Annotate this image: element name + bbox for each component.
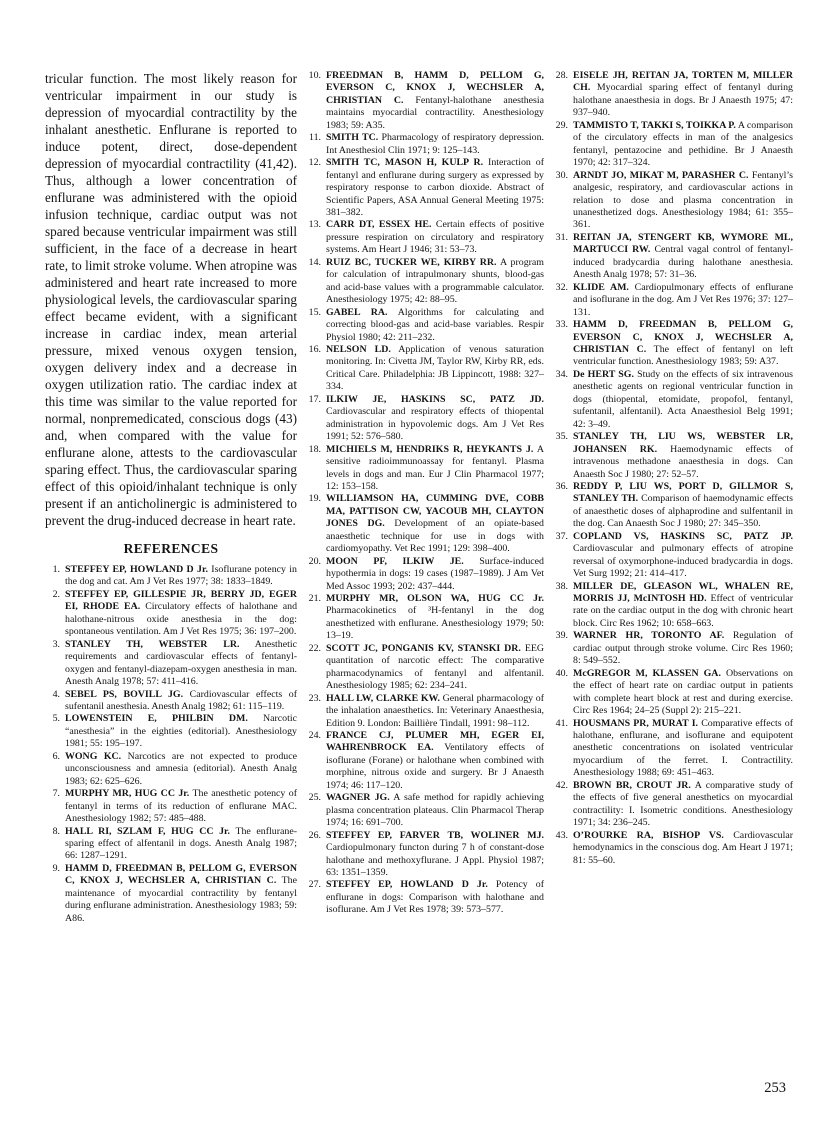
reference-number: 4. (45, 689, 60, 701)
reference-number: 9. (45, 863, 60, 875)
reference-item: 18.MICHIELS M, HENDRIKS R, HEYKANTS J. A… (306, 444, 544, 494)
reference-number: 39. (553, 630, 568, 642)
reference-item: 43.O’ROURKE RA, BISHOP VS. Cardiovascula… (553, 830, 793, 867)
reference-authors: NELSON LD. (326, 344, 391, 355)
reference-number: 11. (306, 132, 321, 144)
reference-item: 4.SEBEL PS, BOVILL JG. Cardiovascular ef… (45, 689, 297, 714)
page-number: 253 (764, 1080, 786, 1097)
reference-item: 35.STANLEY TH, LIU WS, WEBSTER LR, JOHAN… (553, 431, 793, 481)
reference-authors: HOUSMANS PR, MURAT I. (573, 718, 698, 729)
reference-authors: COPLAND VS, HASKINS SC, PATZ JP. (573, 531, 793, 542)
references-list-right: 28.EISELE JH, REITAN JA, TORTEN M, MILLE… (553, 70, 793, 867)
reference-number: 27. (306, 879, 321, 891)
column-left: tricular function. The most likely reaso… (45, 70, 297, 925)
reference-text: Cardiovascular and pulmonary effects of … (573, 543, 793, 579)
reference-item: 42.BROWN BR, CROUT JR. A comparative stu… (553, 780, 793, 830)
reference-number: 19. (306, 493, 321, 505)
reference-number: 42. (553, 780, 568, 792)
reference-authors: KLIDE AM. (573, 282, 629, 293)
reference-authors: MURPHY MR, OLSON WA, HUG CC Jr. (326, 593, 544, 604)
reference-item: 30.ARNDT JO, MIKAT M, PARASHER C. Fentan… (553, 170, 793, 232)
reference-authors: SMITH TC, MASON H, KULP R. (326, 157, 483, 168)
reference-text: Pharmacokinetics of ³H-fentanyl in the d… (326, 605, 544, 641)
reference-item: 32.KLIDE AM. Cardiopulmonary effects of … (553, 282, 793, 319)
reference-item: 20.MOON PF, ILKIW JE. Surface-induced hy… (306, 556, 544, 593)
reference-authors: MURPHY MR, HUG CC Jr. (65, 788, 189, 799)
reference-item: 5.LOWENSTEIN E, PHILBIN DM. Narcotic “an… (45, 713, 297, 750)
reference-item: 9.HAMM D, FREEDMAN B, PELLOM G, EVERSON … (45, 863, 297, 925)
reference-item: 39.WARNER HR, TORONTO AF. Regulation of … (553, 630, 793, 667)
reference-item: 3.STANLEY TH, WEBSTER LR. Anesthetic req… (45, 639, 297, 689)
reference-number: 5. (45, 713, 60, 725)
reference-item: 36.REDDY P, LIU WS, PORT D, GILLMOR S, S… (553, 481, 793, 531)
reference-item: 2.STEFFEY EP, GILLESPIE JR, BERRY JD, EG… (45, 589, 297, 639)
body-paragraph: tricular function. The most likely reaso… (45, 70, 297, 529)
reference-authors: MICHIELS M, HENDRIKS R, HEYKANTS J. (326, 444, 533, 455)
reference-number: 43. (553, 830, 568, 842)
reference-item: 7.MURPHY MR, HUG CC Jr. The anesthetic p… (45, 788, 297, 825)
reference-number: 36. (553, 481, 568, 493)
reference-item: 41.HOUSMANS PR, MURAT I. Comparative eff… (553, 718, 793, 780)
reference-number: 28. (553, 70, 568, 82)
reference-text: Cardiopulmonary functon during 7 h of co… (326, 842, 544, 878)
reference-number: 21. (306, 593, 321, 605)
reference-number: 29. (553, 120, 568, 132)
reference-item: 21.MURPHY MR, OLSON WA, HUG CC Jr. Pharm… (306, 593, 544, 643)
reference-item: 11.SMITH TC. Pharmacology of respiratory… (306, 132, 544, 157)
reference-authors: BROWN BR, CROUT JR. (573, 780, 691, 791)
reference-number: 30. (553, 170, 568, 182)
reference-authors: WAGNER JG. (326, 792, 390, 803)
reference-item: 40.McGREGOR M, KLASSEN GA. Observations … (553, 668, 793, 718)
references-list-middle: 10.FREEDMAN B, HAMM D, PELLOM G, EVERSON… (306, 70, 544, 917)
reference-item: 25.WAGNER JG. A safe method for rapidly … (306, 792, 544, 829)
reference-item: 15.GABEL RA. Algorithms for calculating … (306, 307, 544, 344)
reference-number: 26. (306, 830, 321, 842)
reference-authors: SCOTT JC, PONGANIS KV, STANSKI DR. (326, 643, 521, 654)
reference-number: 10. (306, 70, 321, 82)
reference-item: 12.SMITH TC, MASON H, KULP R. Interactio… (306, 157, 544, 219)
reference-number: 6. (45, 751, 60, 763)
reference-item: 24.FRANCE CJ, PLUMER MH, EGER EI, WAHREN… (306, 730, 544, 792)
reference-authors: STEFFEY EP, HOWLAND D Jr. (65, 564, 208, 575)
reference-number: 20. (306, 556, 321, 568)
reference-item: 37.COPLAND VS, HASKINS SC, PATZ JP. Card… (553, 531, 793, 581)
reference-authors: STANLEY TH, WEBSTER LR. (65, 639, 239, 650)
reference-authors: SMITH TC. (326, 132, 378, 143)
reference-item: 29.TAMMISTO T, TAKKI S, TOIKKA P. A comp… (553, 120, 793, 170)
reference-authors: O’ROURKE RA, BISHOP VS. (573, 830, 724, 841)
reference-item: 8.HALL RI, SZLAM F, HUG CC Jr. The enflu… (45, 826, 297, 863)
reference-item: 19.WILLIAMSON HA, CUMMING DVE, COBB MA, … (306, 493, 544, 555)
reference-text: Cardiovascular and respiratory effects o… (326, 406, 544, 442)
column-middle: 10.FREEDMAN B, HAMM D, PELLOM G, EVERSON… (306, 70, 544, 925)
reference-number: 41. (553, 718, 568, 730)
reference-item: 22.SCOTT JC, PONGANIS KV, STANSKI DR. EE… (306, 643, 544, 693)
reference-number: 32. (553, 282, 568, 294)
reference-number: 33. (553, 319, 568, 331)
reference-number: 40. (553, 668, 568, 680)
reference-authors: HAMM D, FREEDMAN B, PELLOM G, EVERSON C,… (65, 863, 297, 886)
reference-authors: HALL LW, CLARKE KW. (326, 693, 440, 704)
reference-number: 23. (306, 693, 321, 705)
reference-authors: RUIZ BC, TUCKER WE, KIRBY RR. (326, 257, 496, 268)
reference-number: 35. (553, 431, 568, 443)
reference-item: 17.ILKIW JE, HASKINS SC, PATZ JD. Cardio… (306, 394, 544, 444)
reference-authors: De HERT SG. (573, 369, 634, 380)
reference-item: 33.HAMM D, FREEDMAN B, PELLOM G, EVERSON… (553, 319, 793, 369)
reference-item: 16.NELSON LD. Application of venous satu… (306, 344, 544, 394)
reference-number: 7. (45, 788, 60, 800)
reference-item: 34.De HERT SG. Study on the effects of s… (553, 369, 793, 431)
reference-number: 12. (306, 157, 321, 169)
reference-authors: LOWENSTEIN E, PHILBIN DM. (65, 713, 248, 724)
references-list-left: 1.STEFFEY EP, HOWLAND D Jr. Isoflurane p… (45, 564, 297, 925)
reference-authors: TAMMISTO T, TAKKI S, TOIKKA P. (573, 120, 736, 131)
reference-item: 14.RUIZ BC, TUCKER WE, KIRBY RR. A progr… (306, 257, 544, 307)
reference-number: 3. (45, 639, 60, 651)
reference-item: 26.STEFFEY EP, FARVER TB, WOLINER MJ. Ca… (306, 830, 544, 880)
reference-item: 1.STEFFEY EP, HOWLAND D Jr. Isoflurane p… (45, 564, 297, 589)
reference-number: 34. (553, 369, 568, 381)
reference-number: 38. (553, 581, 568, 593)
reference-number: 18. (306, 444, 321, 456)
reference-authors: GABEL RA. (326, 307, 388, 318)
reference-number: 14. (306, 257, 321, 269)
reference-number: 15. (306, 307, 321, 319)
reference-number: 25. (306, 792, 321, 804)
reference-authors: MOON PF, ILKIW JE. (326, 556, 464, 567)
column-right: 28.EISELE JH, REITAN JA, TORTEN M, MILLE… (553, 70, 793, 925)
reference-authors: HALL RI, SZLAM F, HUG CC Jr. (65, 826, 230, 837)
document-page: tricular function. The most likely reaso… (0, 0, 816, 1121)
three-column-layout: tricular function. The most likely reaso… (0, 0, 816, 925)
reference-number: 22. (306, 643, 321, 655)
reference-authors: STEFFEY EP, HOWLAND D Jr. (326, 879, 488, 890)
reference-item: 27.STEFFEY EP, HOWLAND D Jr. Potency of … (306, 879, 544, 916)
reference-authors: ARNDT JO, MIKAT M, PARASHER C. (573, 170, 748, 181)
reference-authors: WONG KC. (65, 751, 121, 762)
reference-number: 2. (45, 589, 60, 601)
reference-authors: McGREGOR M, KLASSEN GA. (573, 668, 721, 679)
reference-item: 38.MILLER DE, GLEASON WL, WHALEN RE, MOR… (553, 581, 793, 631)
reference-number: 24. (306, 730, 321, 742)
reference-item: 23.HALL LW, CLARKE KW. General pharmacol… (306, 693, 544, 730)
reference-number: 17. (306, 394, 321, 406)
reference-authors: WARNER HR, TORONTO AF. (573, 630, 724, 641)
reference-number: 8. (45, 826, 60, 838)
reference-item: 6.WONG KC. Narcotics are not expected to… (45, 751, 297, 788)
reference-text: Myocardial sparing effect of fentanyl du… (573, 82, 793, 118)
references-heading: REFERENCES (45, 541, 297, 557)
reference-authors: ILKIW JE, HASKINS SC, PATZ JD. (326, 394, 544, 405)
reference-number: 31. (553, 232, 568, 244)
reference-number: 16. (306, 344, 321, 356)
reference-item: 28.EISELE JH, REITAN JA, TORTEN M, MILLE… (553, 70, 793, 120)
reference-item: 10.FREEDMAN B, HAMM D, PELLOM G, EVERSON… (306, 70, 544, 132)
reference-item: 13.CARR DT, ESSEX HE. Certain effects of… (306, 219, 544, 256)
reference-number: 1. (45, 564, 60, 576)
reference-authors: STEFFEY EP, FARVER TB, WOLINER MJ. (326, 830, 544, 841)
reference-number: 37. (553, 531, 568, 543)
reference-authors: CARR DT, ESSEX HE. (326, 219, 431, 230)
reference-authors: SEBEL PS, BOVILL JG. (65, 689, 183, 700)
reference-item: 31.REITAN JA, STENGERT KB, WYMORE ML, MA… (553, 232, 793, 282)
reference-number: 13. (306, 219, 321, 231)
